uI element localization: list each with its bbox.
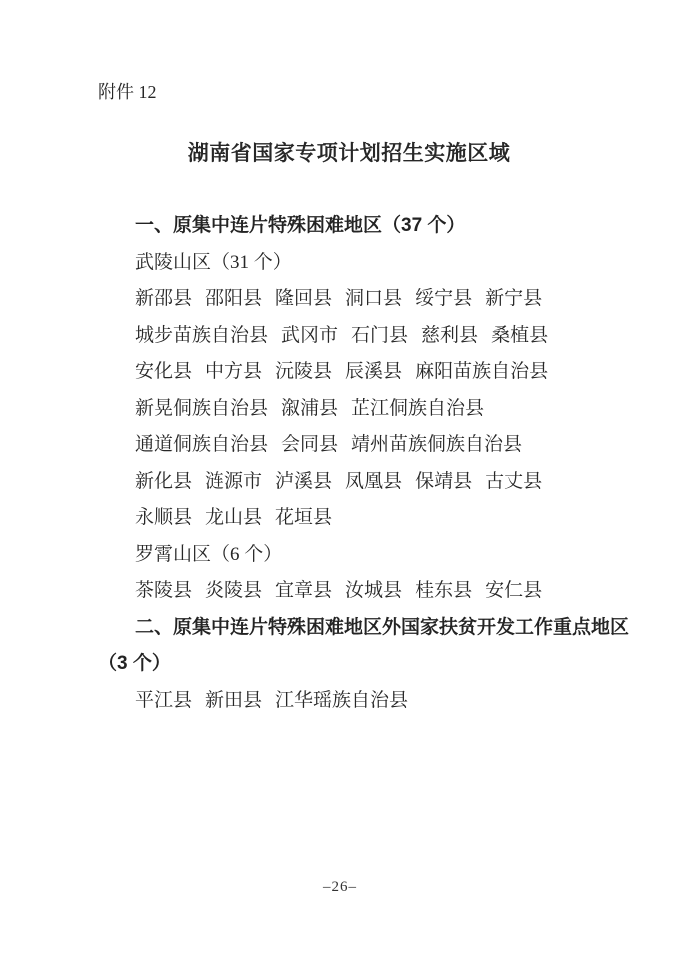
- county-name: 茶陵县: [135, 573, 192, 610]
- page-number: –26–: [0, 871, 680, 903]
- county-row: 新晃侗族自治县 溆浦县 芷江侗族自治县: [135, 391, 600, 428]
- county-name: 涟源市: [205, 464, 262, 501]
- county-name: 炎陵县: [205, 573, 262, 610]
- county-row: 新化县 涟源市 泸溪县 凤凰县 保靖县 古丈县: [135, 464, 600, 501]
- county-name: 新化县: [135, 464, 192, 501]
- county-row: 城步苗族自治县 武冈市 石门县 慈利县 桑植县: [135, 318, 600, 355]
- document-content: 附件 12 湖南省国家专项计划招生实施区域 一、原集中连片特殊困难地区（37 个…: [98, 0, 600, 719]
- county-row: 永顺县 龙山县 花垣县: [135, 500, 600, 537]
- county-name: 会同县: [281, 427, 338, 464]
- county-name: 城步苗族自治县: [135, 318, 268, 355]
- county-name: 芷江侗族自治县: [351, 391, 484, 428]
- county-name: 武冈市: [281, 318, 338, 355]
- county-name: 辰溪县: [345, 354, 402, 391]
- county-name: 靖州苗族侗族自治县: [351, 427, 522, 464]
- county-name: 永顺县: [135, 500, 192, 537]
- county-name: 宜章县: [275, 573, 332, 610]
- county-name: 绥宁县: [415, 281, 472, 318]
- section-1-heading: 一、原集中连片特殊困难地区（37 个）: [135, 208, 600, 245]
- county-name: 平江县: [135, 683, 192, 720]
- county-name: 古丈县: [485, 464, 542, 501]
- county-name: 龙山县: [205, 500, 262, 537]
- county-name: 慈利县: [421, 318, 478, 355]
- county-name: 江华瑶族自治县: [275, 683, 408, 720]
- attachment-label: 附件 12: [98, 74, 600, 111]
- section-2-heading-line-1: 二、原集中连片特殊困难地区外国家扶贫开发工作重点地区: [135, 610, 600, 647]
- section-2-heading-line-2: （3 个）: [98, 646, 600, 683]
- county-name: 桑植县: [491, 318, 548, 355]
- county-name: 凤凰县: [345, 464, 402, 501]
- county-name: 麻阳苗族自治县: [415, 354, 548, 391]
- county-name: 石门县: [351, 318, 408, 355]
- subsection-label-wuling: 武陵山区（31 个）: [135, 245, 600, 282]
- county-row: 新邵县 邵阳县 隆回县 洞口县 绥宁县 新宁县: [135, 281, 600, 318]
- county-name: 汝城县: [345, 573, 402, 610]
- county-name: 保靖县: [415, 464, 472, 501]
- county-name: 新晃侗族自治县: [135, 391, 268, 428]
- subsection-label-luoxiao: 罗霄山区（6 个）: [135, 537, 600, 574]
- county-name: 桂东县: [415, 573, 472, 610]
- county-name: 中方县: [205, 354, 262, 391]
- county-name: 溆浦县: [281, 391, 338, 428]
- county-name: 隆回县: [275, 281, 332, 318]
- county-name: 安仁县: [485, 573, 542, 610]
- county-row: 通道侗族自治县 会同县 靖州苗族侗族自治县: [135, 427, 600, 464]
- county-name: 泸溪县: [275, 464, 332, 501]
- document-page: 附件 12 湖南省国家专项计划招生实施区域 一、原集中连片特殊困难地区（37 个…: [0, 0, 680, 962]
- county-name: 邵阳县: [205, 281, 262, 318]
- county-name: 安化县: [135, 354, 192, 391]
- county-row: 安化县 中方县 沅陵县 辰溪县 麻阳苗族自治县: [135, 354, 600, 391]
- county-name: 新田县: [205, 683, 262, 720]
- county-name: 通道侗族自治县: [135, 427, 268, 464]
- county-name: 沅陵县: [275, 354, 332, 391]
- county-row: 茶陵县 炎陵县 宜章县 汝城县 桂东县 安仁县: [135, 573, 600, 610]
- county-row: 平江县 新田县 江华瑶族自治县: [135, 683, 600, 720]
- county-name: 新宁县: [485, 281, 542, 318]
- county-name: 花垣县: [275, 500, 332, 537]
- document-title: 湖南省国家专项计划招生实施区域: [98, 135, 600, 172]
- county-name: 新邵县: [135, 281, 192, 318]
- county-name: 洞口县: [345, 281, 402, 318]
